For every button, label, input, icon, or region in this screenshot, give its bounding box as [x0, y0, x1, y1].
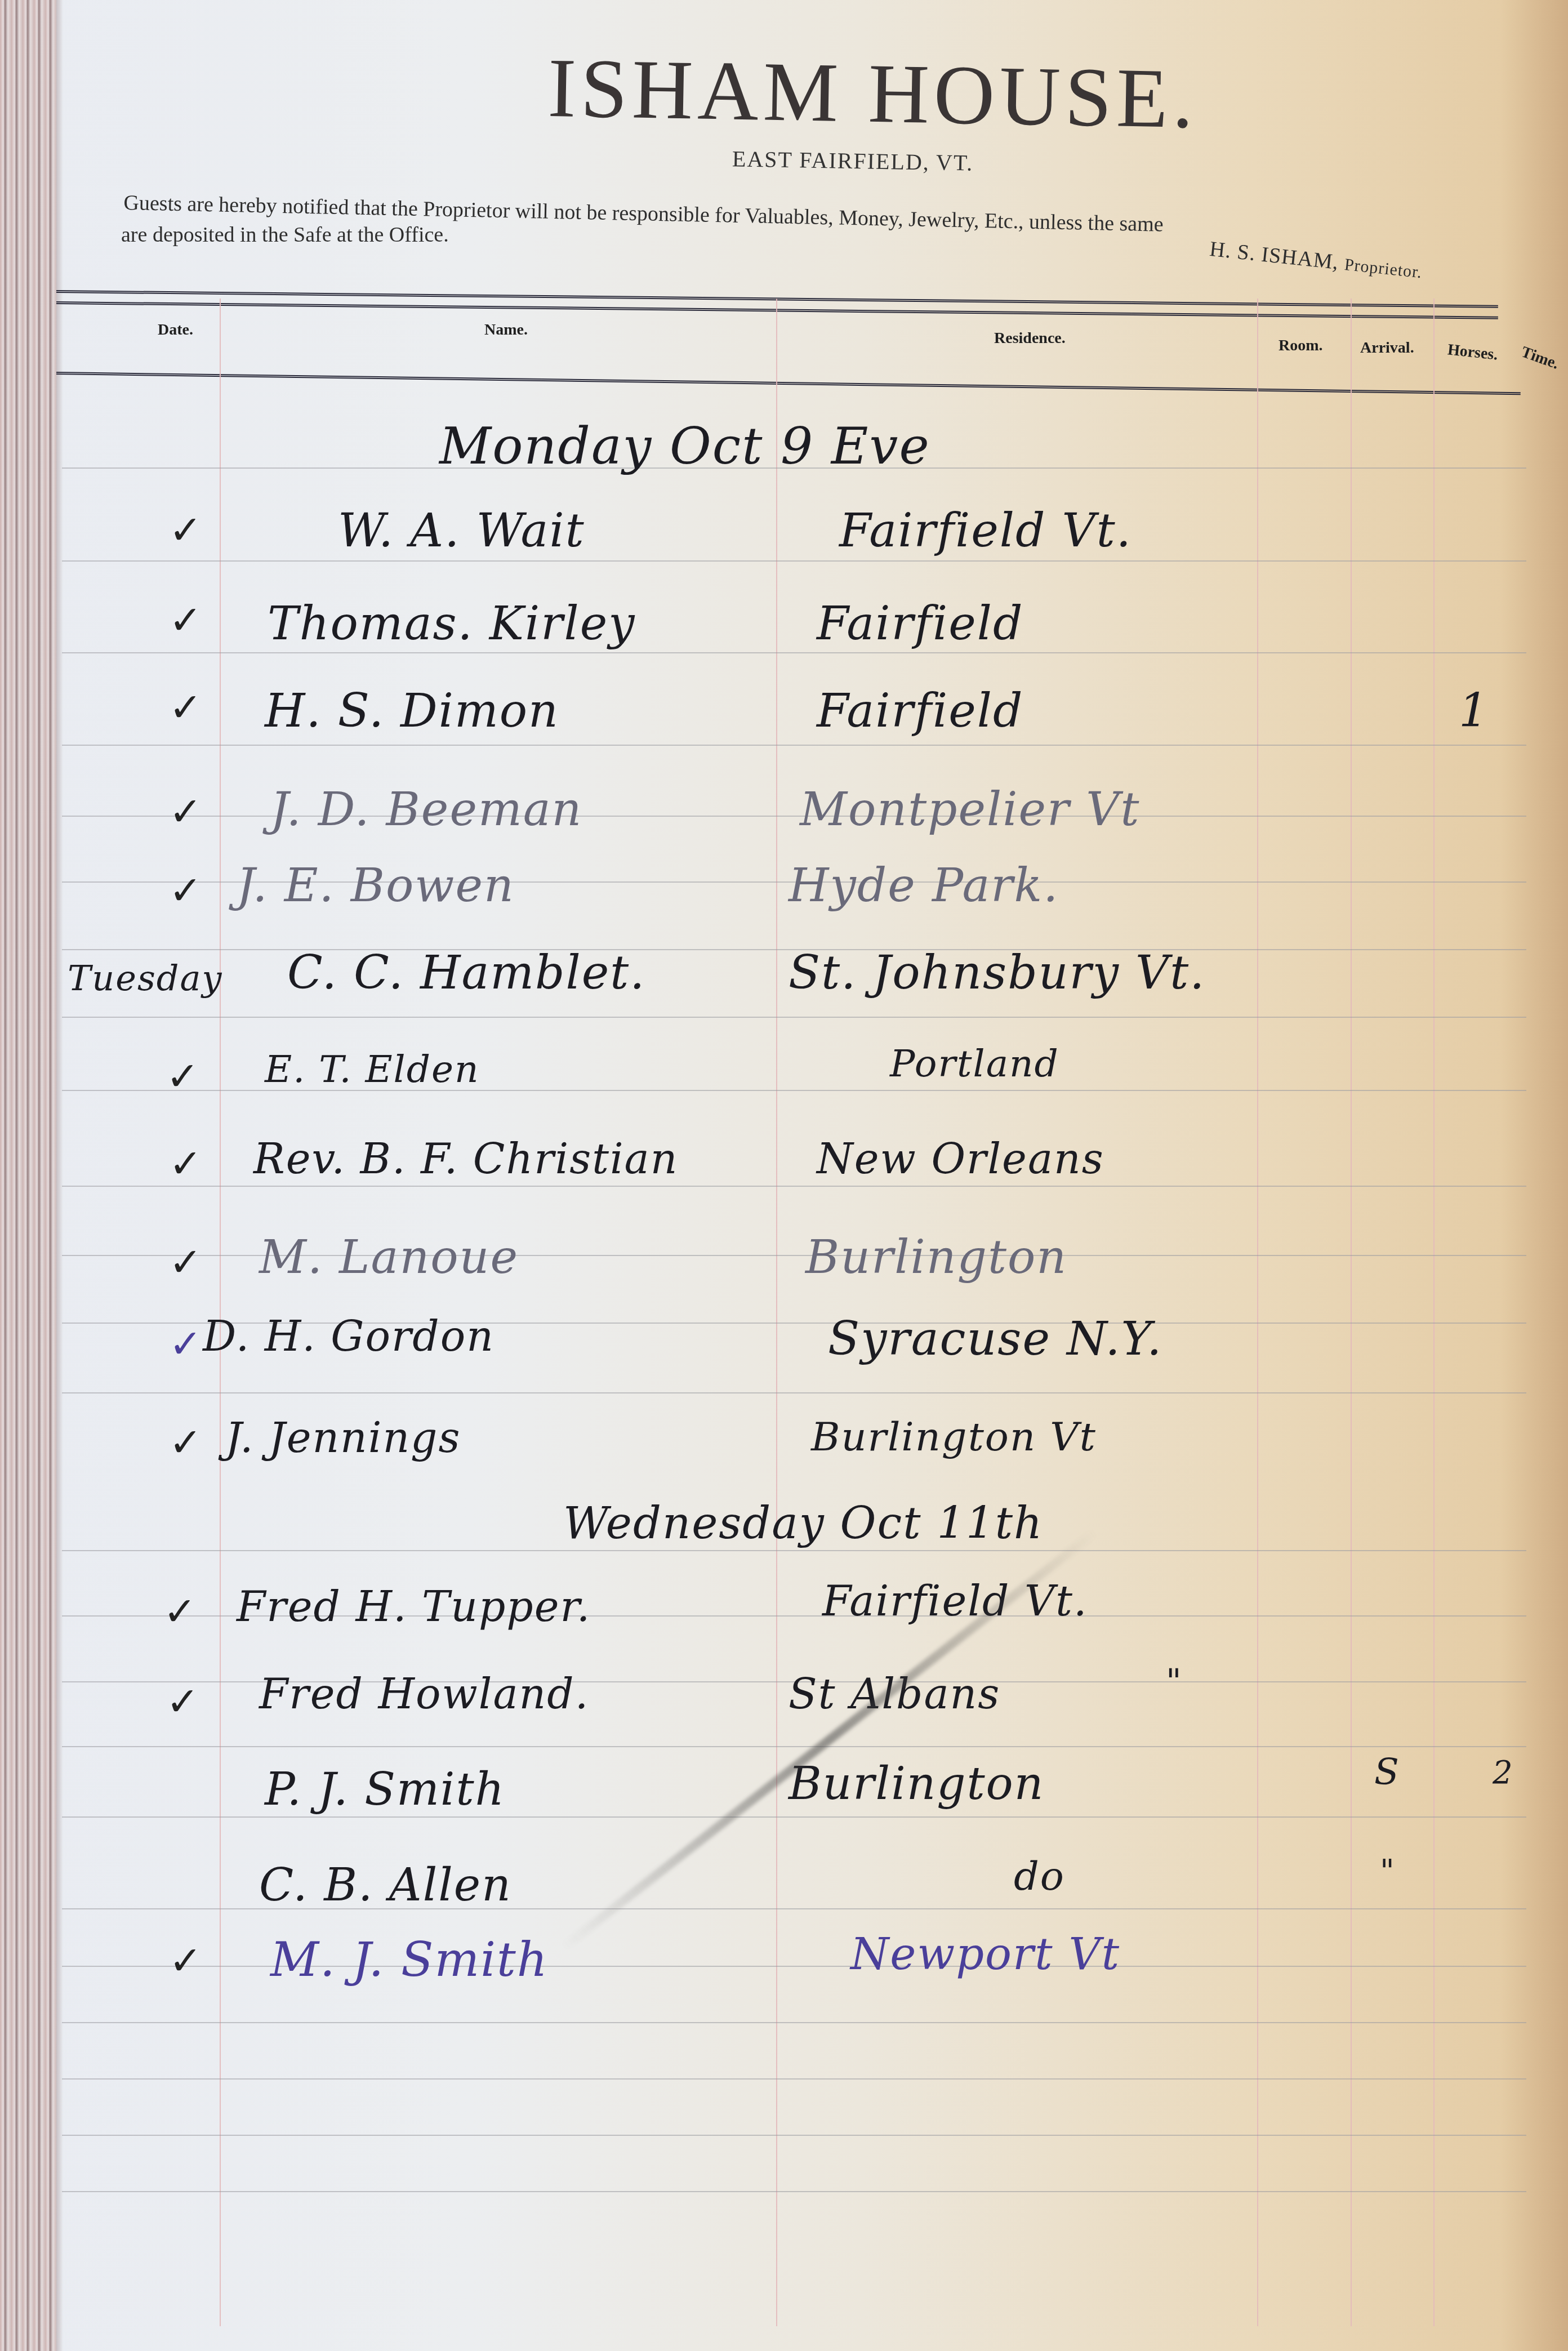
check-mark: ✓	[169, 1419, 202, 1466]
guest-name: Rev. B. F. Christian	[253, 1135, 678, 1183]
guest-residence: Syracuse N.Y.	[828, 1312, 1162, 1366]
check-mark: ✓	[169, 1938, 202, 1984]
check-mark: ✓	[169, 597, 202, 643]
guest-name: C. B. Allen	[259, 1859, 512, 1911]
guest-name: M. J. Smith	[270, 1932, 549, 1987]
guest-name: H. S. Dimon	[265, 684, 559, 738]
guest-name: M. Lanoue	[259, 1231, 519, 1284]
guest-name: D. H. Gordon	[203, 1312, 495, 1361]
guest-name: E. T. Elden	[265, 1048, 480, 1091]
check-mark: ✓	[163, 1588, 197, 1635]
guest-residence: Burlington Vt	[811, 1414, 1097, 1460]
guest-horses: 1	[1459, 684, 1489, 738]
register-entries: Monday Oct 9 Eve ✓ W. A. Wait Fairfield …	[0, 0, 1568, 2351]
guest-name: W. A. Wait	[338, 504, 585, 558]
guest-arrival: "	[1380, 1853, 1396, 1890]
check-mark: ✓	[169, 1239, 202, 1285]
guest-residence: Burlington	[805, 1231, 1067, 1284]
guest-horses: 2	[1493, 1755, 1514, 1791]
check-mark: ✓	[169, 867, 202, 914]
guest-residence: do	[1014, 1853, 1065, 1899]
guest-name: J. Jennings	[225, 1414, 461, 1462]
guest-name: Thomas. Kirley	[268, 597, 636, 651]
guest-residence: Fairfield	[817, 684, 1023, 738]
guest-residence: Newport Vt	[850, 1929, 1120, 1980]
guest-name: P. J. Smith	[265, 1763, 505, 1815]
guest-name: C. C. Hamblet.	[287, 946, 645, 1000]
guest-residence: Hyde Park.	[789, 859, 1059, 912]
guest-residence: St. Johnsbury Vt.	[789, 946, 1205, 1000]
guest-residence: Fairfield	[817, 597, 1023, 651]
guest-name: Fred Howland.	[259, 1670, 589, 1718]
check-mark: ✓	[169, 1141, 202, 1187]
guest-residence: Burlington	[789, 1757, 1044, 1810]
guest-name: J. E. Bowen	[237, 859, 515, 912]
guest-residence: New Orleans	[817, 1135, 1104, 1183]
day-heading: Monday Oct 9 Eve	[439, 417, 930, 476]
check-mark: ✓	[169, 789, 202, 835]
guest-residence: Montpelier Vt	[800, 783, 1141, 836]
guest-residence: Fairfield Vt.	[822, 1577, 1088, 1626]
guest-arrival: S	[1374, 1752, 1400, 1793]
day-heading: Wednesday Oct 11th	[563, 1498, 1043, 1549]
check-mark: ✓	[166, 1678, 199, 1725]
check-mark: ✓	[166, 1053, 199, 1099]
guest-name: Fred H. Tupper.	[237, 1583, 591, 1631]
guest-name: J. D. Beeman	[270, 783, 582, 836]
guest-residence: Portland	[890, 1042, 1059, 1085]
check-mark: ✓	[169, 684, 202, 731]
check-mark: ✓	[169, 1321, 202, 1367]
guest-date: Tuesday	[68, 958, 222, 999]
check-mark: ✓	[169, 507, 202, 553]
guest-residence: Fairfield Vt.	[839, 504, 1132, 558]
guest-room: "	[1166, 1662, 1183, 1701]
